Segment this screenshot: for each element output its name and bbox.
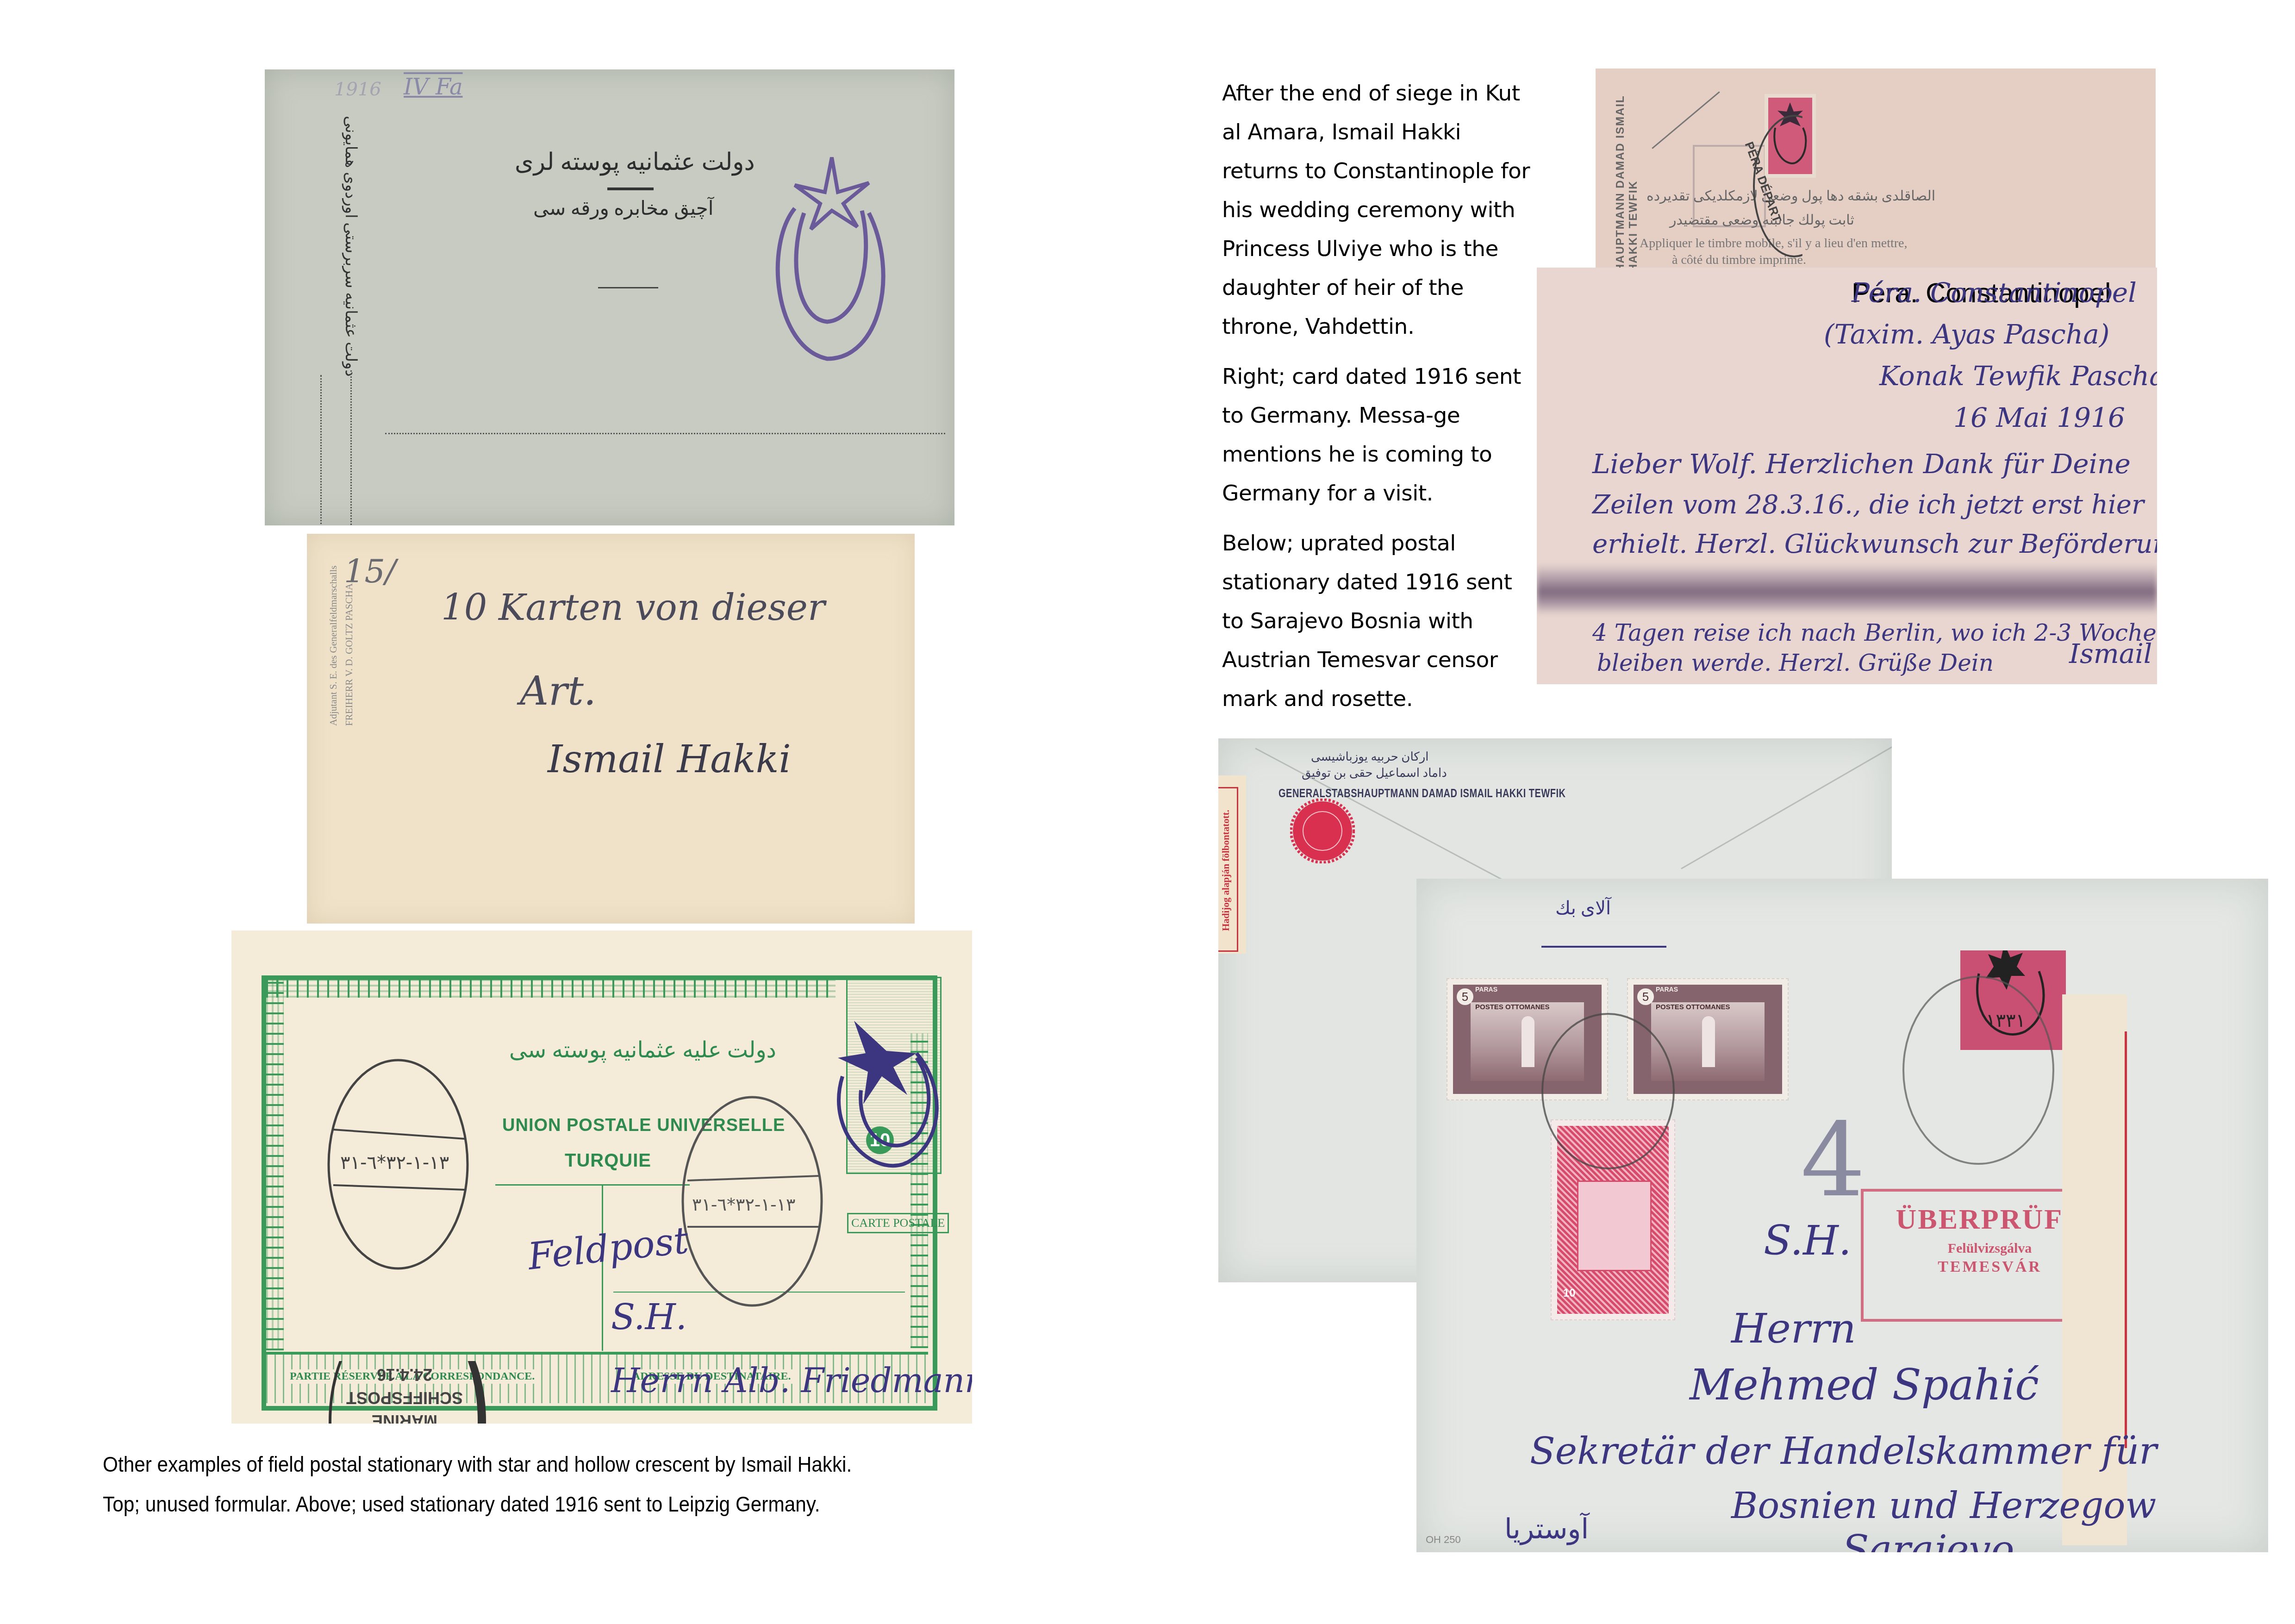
svg-text:١٣-١-٣٢*٦-٣١: ١٣-١-٣٢*٦-٣١ [340,1152,449,1174]
ottoman-header: دولت عثمانيه پوسته لرى [515,148,755,176]
marine-postmark-line: 24.4.16 [331,1363,478,1386]
handwritten-address: S.H. [1764,1217,1852,1264]
caption-line: Top; unused formular. Above; used statio… [103,1484,1125,1524]
card-subtitle: TURQUIE [565,1150,651,1171]
stamp-value: 10 [1563,1287,1576,1300]
signature: Ismail Hakki [548,737,791,781]
ottoman-top-note: آلاى بك [1555,897,1611,919]
marine-postmark-line: MARINE [331,1409,478,1424]
pencil-note: OH 250 [1426,1534,1461,1546]
message-line: (Taxim. Ayas Pascha) [1824,319,2109,350]
side-dotted-line [320,375,322,525]
message-line: Zeilen vom 28.3.16., die ich jetzt erst … [1592,490,2144,520]
pink-card-front: HAUPTMANN DAMAD ISMAIL HAKKI TEWFIK الصا… [1596,69,2156,269]
address-line [385,433,945,434]
ornament-divider [598,287,658,288]
pera-depart-postmark [1902,976,2054,1165]
stamp-scene [1577,1181,1652,1271]
handwritten-address: Mehmed Spahić [1690,1360,2039,1410]
ottoman-destination-note: آوستريا [1504,1513,1589,1545]
stamp-label: CARTE POSTALE [847,1213,949,1233]
handwritten-address: Herrn Alb. Friedmann [611,1361,972,1400]
stamp-value: 5 [1637,988,1654,1005]
ornamental-border-top [266,980,836,998]
caption-line: Other examples of field postal stationar… [103,1444,1125,1484]
ottoman-subheader: آچيق مخابره ورقه سى [533,197,713,220]
vertical-imprint: Adjutant S. E. des Generalfeldmarschalls… [325,578,357,726]
pink-card-message: Péra. Constantinopel Péra. Constantinope… [1537,268,2157,684]
pencil-mark: 4 [1801,1101,1865,1219]
description-paragraph: Right; card dated 1916 sent to Germany. … [1222,357,1537,513]
handwritten-address: S.H. [611,1296,687,1337]
card-10-karten: 15/ Adjutant S. E. des Generalfeldmarsch… [307,534,915,924]
description-paragraph: Below; uprated postal stationary dated 1… [1222,524,1537,718]
censor-frame [2125,1031,2127,1448]
lighthouse-icon [1702,1016,1715,1067]
handwritten-address: Herrn [1731,1305,1856,1352]
sender-ottoman-line: داماد اسماعيل حقى بن توفيق [1302,766,1447,780]
postmark [1541,1013,1675,1169]
star-crescent-overprint-icon [769,153,894,366]
imprint-line: FREIHERR V. D. GOLTZ PASCHA [343,583,355,726]
unused-formular-card: 1916 IV Fa دولت عثمانيه پوسته لرى آچيق م… [265,69,954,525]
side-dotted-line [350,370,352,525]
green-postal-card: PARTIE RÉSERVÉE A LA CORRESPONDANCE. ADR… [231,931,972,1424]
censor-label: Hadijog alapján fölbontatott. [1220,794,1232,947]
message-line: bleiben werde. Herzl. Grüße Dein [1597,650,1994,676]
lighthouse-icon [1522,1016,1534,1067]
handwritten-address: Sekretär der Handelskammer für [1530,1430,2157,1473]
postmark-icon: ١٣-١-٣٢*٦-٣١ [680,1093,829,1310]
pencil-stroke [1652,91,1720,149]
message-line: Péra. Constantinopel [1852,277,2137,308]
handwriting-line: Art. [520,668,596,714]
handwritten-address: Sarajevo [1842,1527,2014,1552]
message-line: 16 Mai 1916 [1953,402,2125,433]
message-line: Lieber Wolf. Herzlichen Dank für Deine [1592,448,2131,480]
handwriting-line: 10 Karten von dieser [441,587,825,629]
imprint-line: Adjutant S. E. des Generalfeldmarschalls [328,566,339,726]
signature: Ismail [2069,638,2152,669]
pencil-note: 1916 [334,79,381,100]
stamp-value: 5 [1457,988,1473,1005]
stamp-label: POSTES OTTOMANES [1475,1003,1550,1011]
ottoman-top-underline [1541,946,1666,948]
pencil-note: IV Fa [404,74,463,100]
description-paragraph: After the end of siege in Kut al Amara, … [1222,74,1537,346]
bottom-caption: Other examples of field postal stationar… [103,1444,1125,1524]
svg-text:١٣-١-٣٢*٦-٣١: ١٣-١-٣٢*٦-٣١ [692,1194,795,1215]
censor-tape: Hadijog alapján fölbontatott. [1218,775,1246,954]
envelope-flap-fold [1681,738,1892,869]
side-imprint: HAUPTMANN DAMAD ISMAIL HAKKI TEWFIK [1614,78,1640,269]
wax-seal-rosette-icon [1290,799,1355,863]
ornamental-border-left [266,980,284,1350]
blurred-region [1537,564,2157,615]
message-line: erhielt. Herzl. Glückwunsch zur Beförder… [1592,529,2157,559]
sender-ottoman-line: اركان حربيه يوزباشيسى [1311,750,1429,764]
header-rule [495,1184,690,1186]
handwritten-address: Bosnien und Herzegow [1731,1485,2156,1527]
stamp-unit: PARAS [1475,986,1497,993]
header-divider [607,187,654,190]
marine-postmark-line: SCHIFFSPOST [331,1386,478,1409]
star-crescent-overprint-icon [829,984,949,1187]
stamp-unit: PARAS [1656,986,1678,993]
stamp-label: POSTES OTTOMANES [1656,1003,1730,1011]
envelope-front: آلاى بك POSTES OTTOMANES PARAS 5 POSTES … [1416,879,2268,1552]
side-ottoman-text: دولت عثمانيه سربرستى اوردوى همايونى [309,116,360,366]
ottoman-header: دولت عليه عثمانيه پوسته سى [509,1037,776,1063]
postmark-icon: ١٣-١-٣٢*٦-٣١ [326,1056,474,1273]
description-text: After the end of siege in Kut al Amara, … [1222,74,1537,730]
message-line: Konak Tewfik Pascha [1879,360,2157,392]
